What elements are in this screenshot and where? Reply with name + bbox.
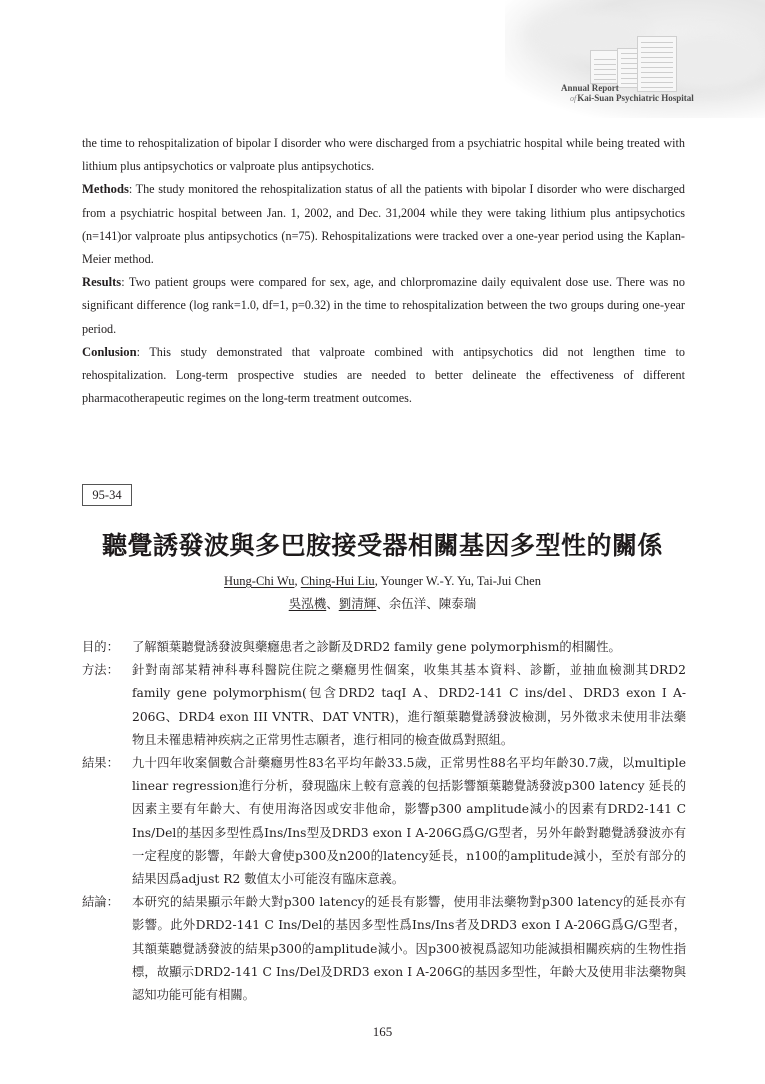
abstract-methods: Methods: The study monitored the rehospi… (82, 178, 685, 271)
section-label: 結果： (82, 752, 132, 891)
section-label: Methods (82, 182, 129, 196)
authors-english: Hung-Chi Wu, Ching-Hui Liu, Younger W.-Y… (0, 574, 765, 589)
annual-report-label: Annual Report (561, 83, 619, 93)
section-label: Conlusion (82, 345, 137, 359)
author-names-rest: 余伍洋、陳泰瑞 (389, 596, 477, 611)
section-results: 結果： 九十四年收案個數合計藥癮男性83名平均年齡33.5歲，正常男性88名平均… (82, 752, 686, 891)
page-number: 165 (0, 1024, 765, 1040)
section-text: 本研究的結果顯示年齡大對p300 latency的延長有影響，使用非法藥物對p3… (132, 891, 686, 1007)
article-title: 聽覺誘發波與多巴胺接受器相關基因多型性的關係 (0, 526, 765, 562)
article-code-badge: 95-34 (82, 484, 132, 506)
english-abstract: the time to rehospitalization of bipolar… (82, 132, 685, 410)
section-purpose: 目的： 了解額葉聽覺誘發波與藥癮患者之診斷及DRD2 family gene p… (82, 636, 686, 659)
abstract-conclusion: Conlusion: This study demonstrated that … (82, 341, 685, 411)
abstract-results: Results: Two patient groups were compare… (82, 271, 685, 341)
section-text: 針對南部某精神科專科醫院住院之藥癮男性個案，收集其基本資料、診斷，並抽血檢測其D… (132, 659, 686, 752)
section-text: : This study demonstrated that valproate… (82, 345, 685, 405)
hospital-building-icon (590, 50, 620, 84)
author-name: Ching-Hui Liu (301, 574, 375, 588)
separator: 、 (376, 596, 389, 611)
section-label: Results (82, 275, 121, 289)
section-text: 九十四年收案個數合計藥癮男性83名平均年齡33.5歲，正常男性88名平均年齡30… (132, 752, 686, 891)
authors-chinese: 吳泓機、劉清輝、余伍洋、陳泰瑞 (0, 594, 765, 612)
author-name: 劉清輝 (339, 596, 377, 611)
hospital-building-icon (637, 36, 677, 92)
section-text: : The study monitored the rehospitalizat… (82, 182, 685, 266)
author-name: 吳泓機 (289, 596, 327, 611)
author-names-rest: Younger W.-Y. Yu, Tai-Jui Chen (380, 574, 541, 588)
section-label: 結論： (82, 891, 132, 1007)
separator: 、 (326, 596, 339, 611)
section-conclusion: 結論： 本研究的結果顯示年齡大對p300 latency的延長有影響，使用非法藥… (82, 891, 686, 1007)
section-methods: 方法： 針對南部某精神科專科醫院住院之藥癮男性個案，收集其基本資料、診斷，並抽血… (82, 659, 686, 752)
abstract-intro: the time to rehospitalization of bipolar… (82, 132, 685, 178)
hospital-name-label: ofKai-Suan Psychiatric Hospital (570, 93, 694, 103)
section-text: 了解額葉聽覺誘發波與藥癮患者之診斷及DRD2 family gene polym… (132, 636, 686, 659)
section-label: 方法： (82, 659, 132, 752)
author-name: Hung-Chi Wu (224, 574, 294, 588)
section-label: 目的： (82, 636, 132, 659)
chinese-abstract: 目的： 了解額葉聽覺誘發波與藥癮患者之診斷及DRD2 family gene p… (82, 636, 686, 1007)
hospital-name: Kai-Suan Psychiatric Hospital (577, 93, 694, 103)
section-text: : Two patient groups were compared for s… (82, 275, 685, 335)
of-label: of (570, 94, 576, 103)
